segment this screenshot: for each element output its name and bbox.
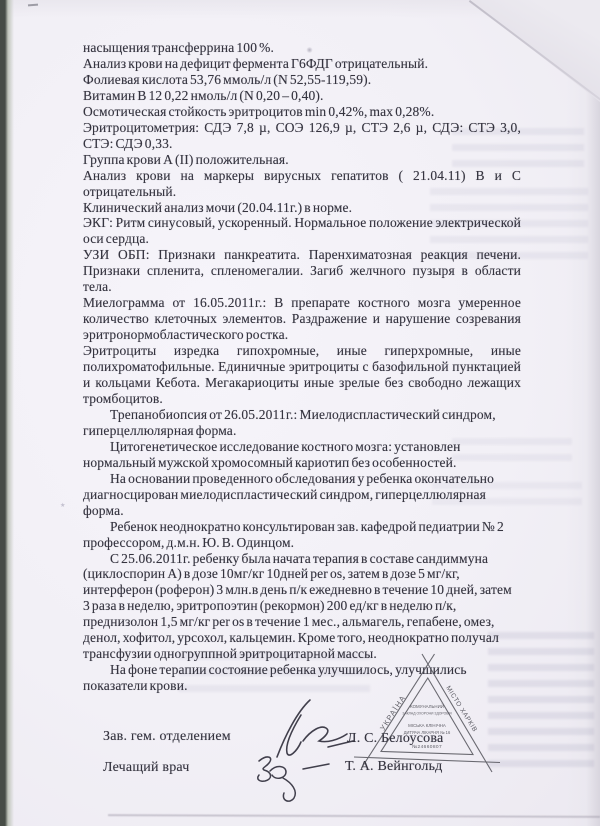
text-line: Осмотическая стойкость эритроцитов min 0… (83, 104, 521, 120)
text-line: Миелограмма от 16.05.2011г.: В препарате… (83, 295, 521, 311)
text-line: интерферон (роферон) 3 млн.в день п/к еж… (83, 582, 521, 598)
text-line: (циклоспорин А) в дозе 10мг/кг 10дней pe… (83, 566, 521, 582)
text-line: Эритроцитометрия: СДЭ 7,8 µ, СОЭ 126,9 µ… (83, 120, 521, 136)
stamp-side-right-text: МІСТО ХАРКІВ (444, 685, 478, 734)
stamp-edge-bottom (354, 757, 500, 763)
stamp-org-line3: МІСЬКА КЛІНІЧНА (408, 723, 446, 728)
text-line: УЗИ ОБП: Признаки панкреатита. Паренхима… (83, 247, 521, 263)
signature-label-attending-physician: Лечащий врач (103, 760, 190, 776)
text-line: насыщения трансферрина 100 %. (83, 40, 521, 56)
stamp-number: №24660807 (412, 744, 442, 750)
text-line: Эритроциты изредка гипохромные, иные гип… (83, 343, 521, 359)
text-line: отрицательный. (83, 184, 521, 200)
text-line: оси сердца. (83, 231, 521, 247)
text-line: Фолиевая кислота 53,76 ммоль/л (N 52,55-… (83, 72, 521, 88)
text-line: Признаки спленита, спленомегалии. Загиб … (83, 263, 521, 279)
text-line: нормальный мужской хромосомный кариотип … (83, 455, 521, 471)
text-line: СТЭ: СДЭ 0,33. (83, 136, 521, 152)
stamp-org-line4: ДИТЯЧА ЛІКАРНЯ № 16 (404, 730, 451, 735)
text-line: тромбоцитов. (83, 391, 521, 407)
text-line: форма. (83, 503, 521, 519)
handwritten-signature-2 (258, 757, 329, 801)
document-text: насыщения трансферрина 100 %.Анализ кров… (83, 40, 521, 694)
text-line: Трепанобиопсия от 26.05.2011г.: Миелодис… (83, 407, 521, 423)
text-line: и кольцами Кебота. Мегакариоциты иные зр… (83, 375, 521, 391)
text-line: профессором, д.м.н. Ю. В. Одинцом. (83, 535, 521, 551)
text-line: полихроматофильные. Единичные эритроциты… (83, 359, 521, 375)
text-line: преднизолон 1,5 мг/кг per os в течение 1… (83, 614, 521, 630)
triangular-stamp: УКРАЇНА МІСТО ХАРКІВ КОМУНАЛЬНИЙ ЗАКЛАД … (348, 648, 518, 780)
paper-edge-shadow (108, 814, 600, 818)
text-line: Витамин В 12 0,22 нмоль/л (N 0,20 – 0,40… (83, 88, 521, 104)
text-line: тела. (83, 279, 521, 295)
text-line: На основании проведенного обследования у… (83, 471, 521, 487)
text-line: денол, хофитол, урсохол, кальцемин. Кром… (83, 630, 521, 646)
text-line: Анализ крови на дефицит фермента Г6ФДГ о… (83, 56, 521, 72)
text-line: 3 раза в неделю, эритропоэтин (рекормон)… (83, 598, 521, 614)
text-line: Ребенок неоднократно консультирован зав.… (83, 519, 521, 535)
scan-artifact-dash (28, 4, 38, 7)
stamp-org-line1: КОМУНАЛЬНИЙ (410, 704, 444, 709)
text-line: диагносцирован миелодиспластический синд… (83, 487, 521, 503)
text-line: количество клеточных элементов. Раздраже… (83, 311, 521, 327)
text-line: Анализ крови на маркеры вирусных гепатит… (83, 168, 521, 184)
text-line: С 25.06.2011г. ребенку была начата терап… (83, 551, 521, 567)
scanned-document-page: ٭ насыщения трансферрина 100 %.Анализ кр… (0, 0, 600, 826)
margin-mark: ٭ (60, 500, 65, 511)
text-line: эритронормобластического ростка. (83, 327, 521, 343)
text-line: ЭКГ: Ритм синусовый, ускоренный. Нормаль… (83, 215, 521, 231)
text-line: Клинический анализ мочи (20.04.11г.) в н… (83, 200, 521, 216)
stamp-org-line2: ЗАКЛАД ОХОРОНИ ЗДОРОВ'Я (402, 712, 452, 716)
signature-label-head-of-department: Зав. гем. отделением (103, 729, 231, 745)
text-line: Цитогенетическое исследование костного м… (83, 439, 521, 455)
text-line: гиперцеллюлярная форма. (83, 423, 521, 439)
handwritten-signature-1 (277, 700, 353, 757)
text-line: Группа крови А (II) положительная. (83, 152, 521, 168)
